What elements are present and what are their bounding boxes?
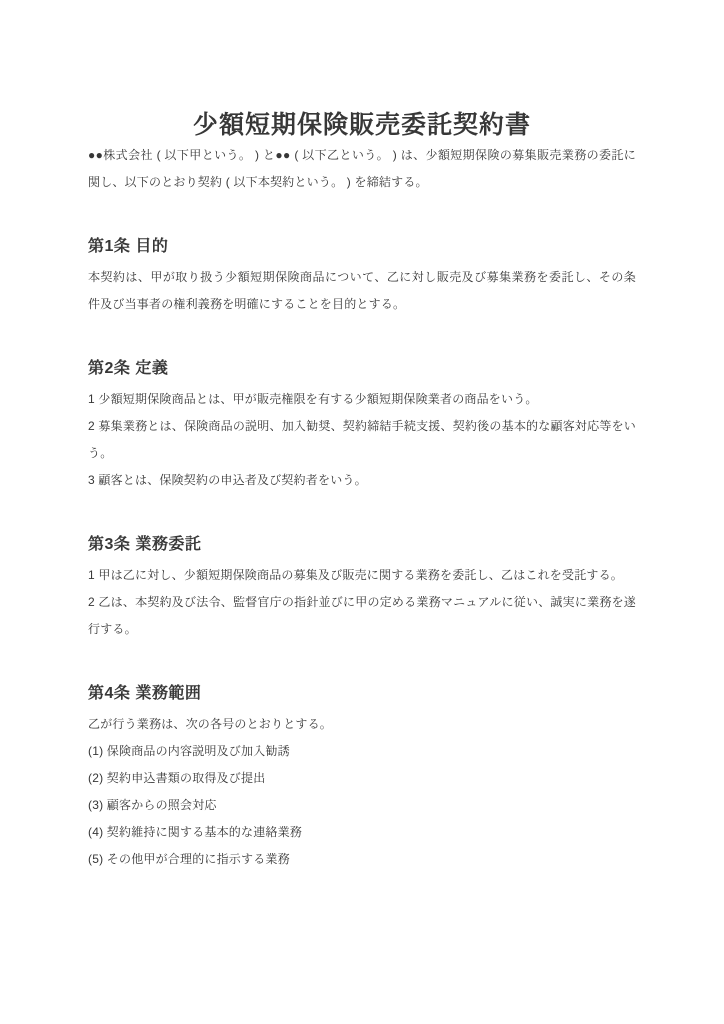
article-4-list-item-3: (3) 顧客からの照会対応 <box>88 792 636 819</box>
section-article-1: 第1条 目的 本契約は、甲が取り扱う少額短期保険商品について、乙に対し販売及び募… <box>88 233 636 318</box>
section-article-4: 第4条 業務範囲 乙が行う業務は、次の各号のとおりとする。 (1) 保険商品の内… <box>88 680 636 873</box>
preamble-paragraph: ●●株式会社 ( 以下甲という。 ) と●● ( 以下乙という。 ) は、少額短… <box>88 142 636 196</box>
article-4-list-item-4: (4) 契約維持に関する基本的な連絡業務 <box>88 819 636 846</box>
article-2-item-1: 1 少額短期保険商品とは、甲が販売権限を有する少額短期保険業者の商品をいう。 <box>88 386 636 413</box>
article-4-heading: 第4条 業務範囲 <box>88 680 636 708</box>
article-4-list-item-2: (2) 契約申込書類の取得及び提出 <box>88 765 636 792</box>
section-article-2: 第2条 定義 1 少額短期保険商品とは、甲が販売権限を有する少額短期保険業者の商… <box>88 355 636 494</box>
document-title: 少額短期保険販売委託契約書 <box>88 108 636 142</box>
contract-document-page: 少額短期保険販売委託契約書 ●●株式会社 ( 以下甲という。 ) と●● ( 以… <box>0 0 724 1024</box>
article-3-heading: 第3条 業務委託 <box>88 531 636 559</box>
article-4-list-item-1: (1) 保険商品の内容説明及び加入勧誘 <box>88 738 636 765</box>
article-1-heading: 第1条 目的 <box>88 233 636 261</box>
article-3-item-2: 2 乙は、本契約及び法令、監督官庁の指針並びに甲の定める業務マニュアルに従い、誠… <box>88 589 636 643</box>
article-2-item-3: 3 顧客とは、保険契約の申込者及び契約者をいう。 <box>88 467 636 494</box>
article-2-heading: 第2条 定義 <box>88 355 636 383</box>
article-2-item-2: 2 募集業務とは、保険商品の説明、加入勧奨、契約締結手続支援、契約後の基本的な顧… <box>88 413 636 467</box>
article-4-list-item-5: (5) その他甲が合理的に指示する業務 <box>88 846 636 873</box>
article-3-item-1: 1 甲は乙に対し、少額短期保険商品の募集及び販売に関する業務を委託し、乙はこれを… <box>88 562 636 589</box>
article-4-intro: 乙が行う業務は、次の各号のとおりとする。 <box>88 711 636 738</box>
article-1-paragraph: 本契約は、甲が取り扱う少額短期保険商品について、乙に対し販売及び募集業務を委託し… <box>88 264 636 318</box>
section-article-3: 第3条 業務委託 1 甲は乙に対し、少額短期保険商品の募集及び販売に関する業務を… <box>88 531 636 643</box>
